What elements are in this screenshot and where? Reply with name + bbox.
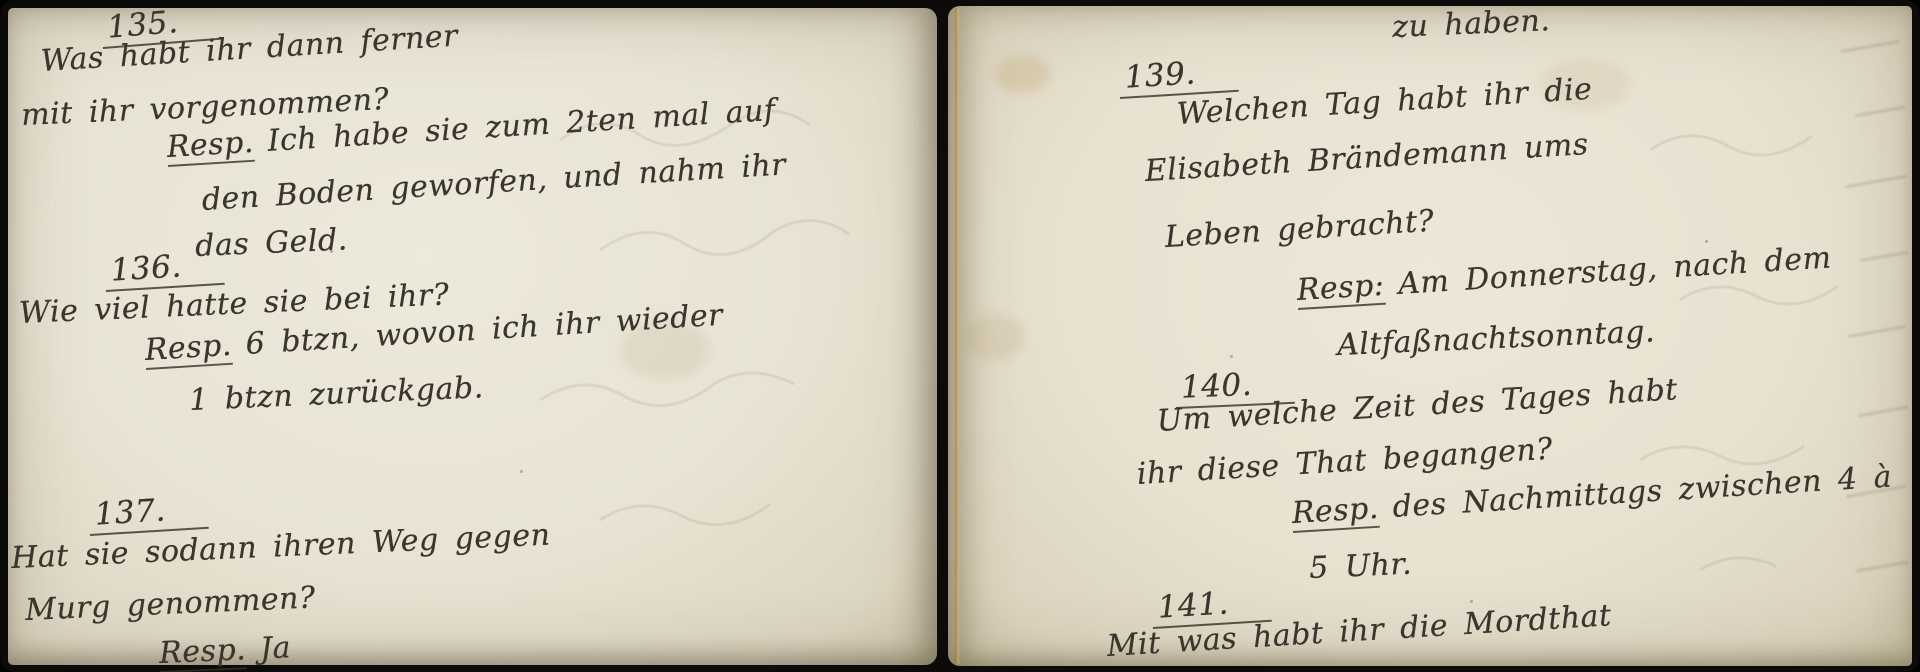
- response-140-line-2: 5 Uhr.: [1308, 547, 1412, 586]
- response-137-line-1: Resp.Ja: [158, 630, 291, 671]
- ink-speck: [1705, 240, 1708, 243]
- resp-label-136: Resp.: [144, 328, 233, 370]
- ink-speck: [1230, 355, 1233, 358]
- section-number-139: 139.: [1118, 53, 1239, 99]
- ink-speck: [520, 470, 523, 473]
- section-number-136: 136.: [104, 246, 225, 292]
- response-137-text: Ja: [259, 630, 291, 666]
- resp-label-137: Resp.: [158, 632, 247, 672]
- ink-speck: [1470, 600, 1473, 603]
- resp-label-139: Resp:: [1296, 268, 1386, 310]
- continuation-line: zu haben.: [1391, 3, 1551, 45]
- resp-label-135: Resp.: [166, 125, 255, 167]
- resp-label-140: Resp.: [1291, 491, 1380, 533]
- section-number-137: 137.: [88, 490, 209, 536]
- manuscript-photo: 135. Was habt ihr dann ferner mit ihr vo…: [0, 0, 1920, 672]
